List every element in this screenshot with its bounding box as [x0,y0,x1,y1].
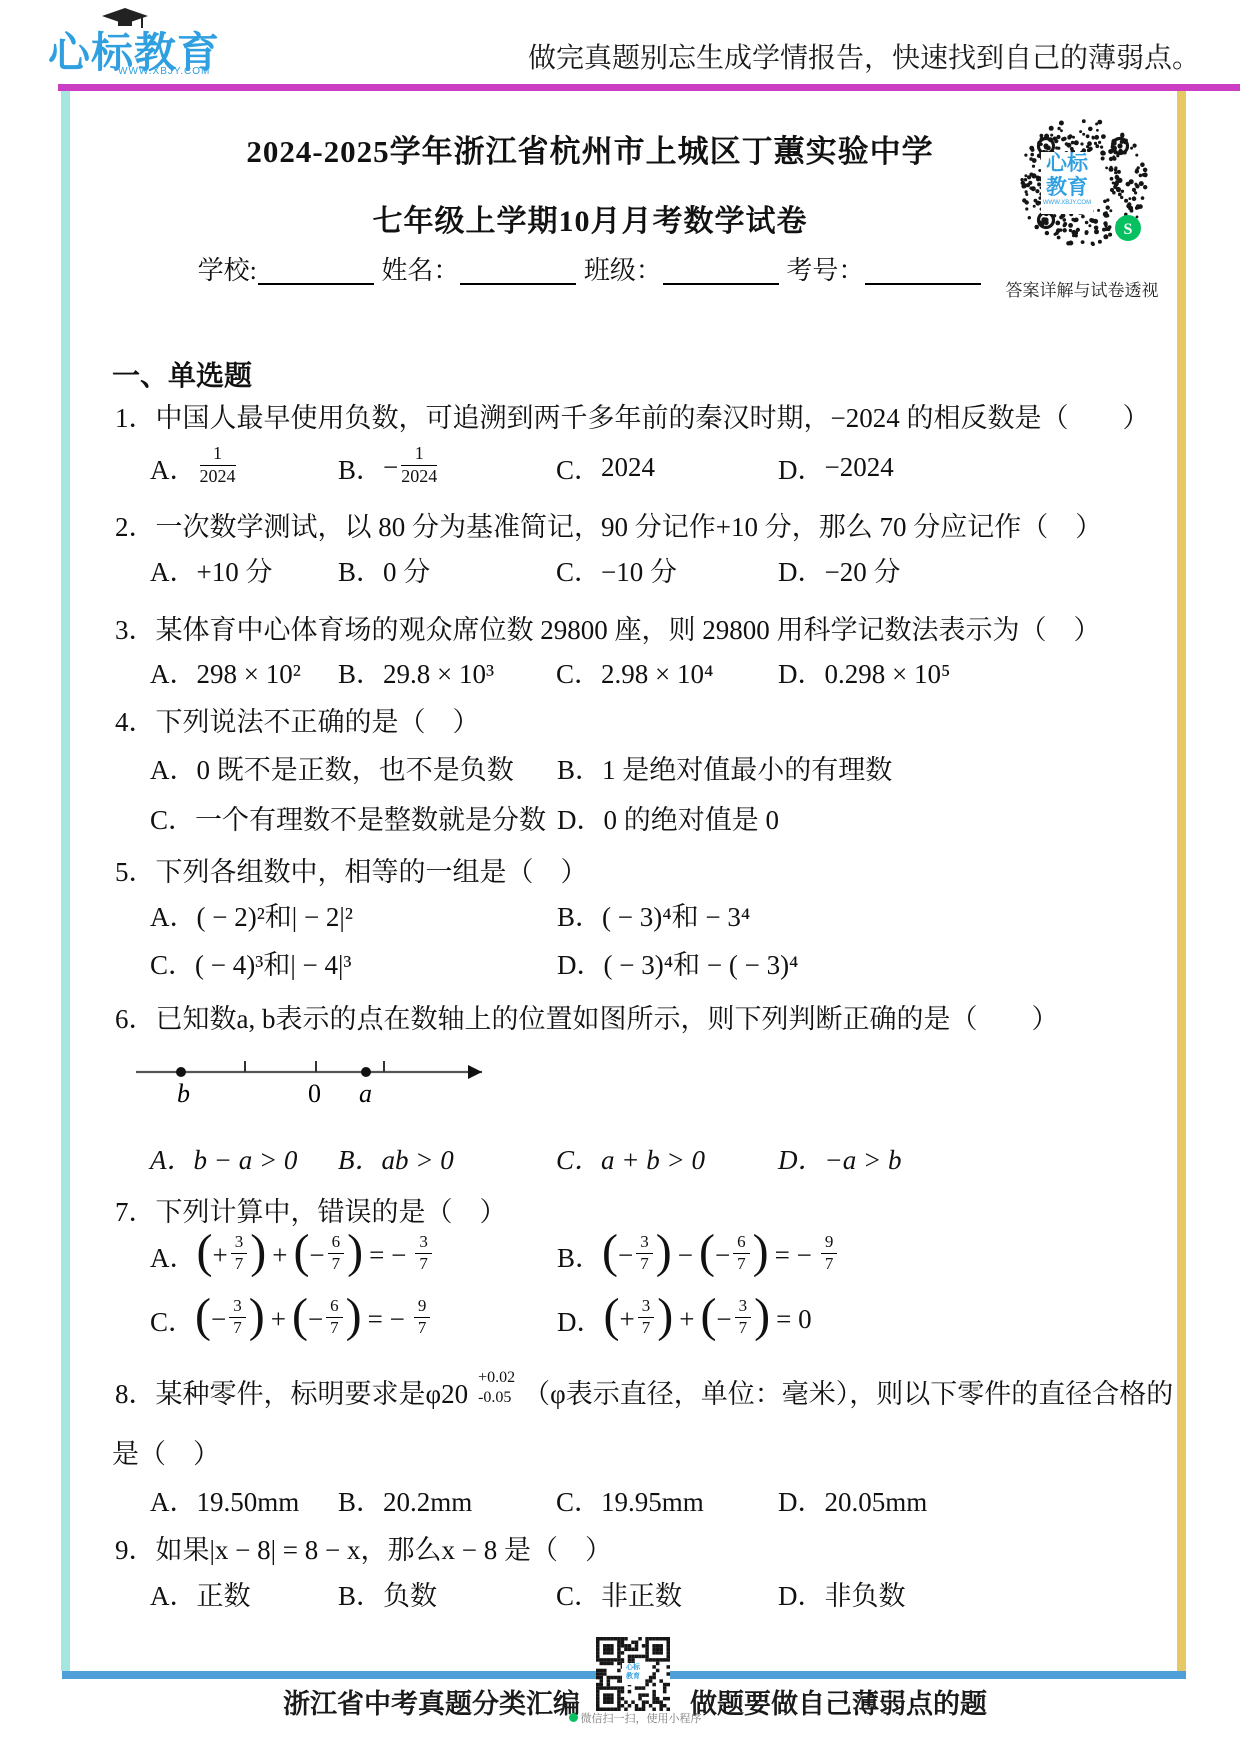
question-9-option-b: B．负数 [338,1576,437,1610]
sign: + [212,1240,227,1271]
operator: + [271,1304,286,1335]
field-examno-blank [865,259,981,285]
field-examno-label: 考号： [786,256,864,285]
question-4-option-c: C．一个有理数不是整数就是分数 [150,800,546,834]
question-6-option-d: D．−a > b [778,1140,901,1174]
operator: + [679,1304,694,1335]
qr-logo-line2: 教育 [622,1672,644,1681]
question-1-stem: 1．中国人最早使用负数，可追溯到两千多年前的秦汉时期，−2024 的相反数是（ … [115,396,1149,435]
field-class-blank [663,259,779,285]
question-2-option-c: C．−10 分 [556,552,677,586]
footer-qr-caption: 微信扫一扫，使用小程序 [540,1710,730,1726]
footer-qr-caption-text: 微信扫一扫，使用小程序 [581,1713,702,1725]
fraction: 12024 [200,444,236,486]
sign: − [618,1240,633,1271]
option-label: C． [150,1300,195,1339]
question-3-stem: 3．某体育中心体育场的观众席位数 29800 座，则 29800 用科学记数法表… [115,608,1101,647]
point-a-dot [361,1067,371,1077]
point-b-dot [176,1067,186,1077]
question-9-stem: 9．如果|x − 8| = 8 − x，那么x − 8 是（ ） [115,1528,612,1567]
page-border-left [61,91,70,1671]
tolerance-lower: -0.05 [478,1388,515,1408]
graduation-cap-icon [102,8,148,30]
question-6-option-c: C．a + b > 0 [556,1140,705,1174]
page-border-right [1177,91,1186,1671]
exam-title: 2024-2025学年浙江省杭州市上城区丁蕙实验中学 [30,126,1150,171]
option-label: C． [556,448,601,487]
question-5-option-b: B．( − 3)⁴和 − 3⁴ [557,897,750,931]
question-5-option-c: C．( − 4)³和| − 4|³ [150,945,351,979]
question-1-option-d: D． −2024 [778,440,894,494]
equals: = − [368,1304,405,1335]
qr-logo-line1: 心标 [622,1663,644,1672]
option-label: A． [150,1236,197,1275]
question-8-stem: 8．某种零件，标明要求是φ20 +0.02 -0.05 （φ表示直径，单位：毫米… [115,1368,1173,1414]
question-6-option-a: A．b − a > 0 [150,1140,297,1174]
student-info-line: 学校: 姓名： 班级： 考号： [30,250,1150,287]
operator: − [678,1240,693,1271]
question-8-option-a: A．19.50mm [150,1482,299,1516]
footer-right-text: 做题要做自己薄弱点的题 [690,1682,987,1721]
field-name-blank [460,259,576,285]
question-7-stem: 7．下列计算中，错误的是（ ） [115,1190,507,1229]
question-1-options: A． 12024 B． − 12024 C． 2024 D． −2024 [115,440,1175,494]
question-6-stem: 6．已知数a, b表示的点在数轴上的位置如图所示，则下列判断正确的是（ ） [115,997,1058,1036]
question-4-options-row1: A．0 既不是正数，也不是负数 B．1 是绝对值最小的有理数 [115,750,1175,784]
question-7-option-d: D． (+37) + (−37) = 0 [557,1292,818,1346]
operator: + [272,1240,287,1271]
option-value: −2024 [825,452,894,483]
question-4-option-b: B．1 是绝对值最小的有理数 [557,750,892,784]
option-label: D． [778,448,825,487]
question-5-options-row2: C．( − 4)³和| − 4|³ D．( − 3)⁴和 − ( − 3)⁴ [115,945,1175,979]
question-2-options: A．+10 分 B．0 分 C．−10 分 D．−20 分 [115,552,1175,586]
tolerance-upper: +0.02 [478,1368,515,1388]
sign: − [715,1240,730,1271]
question-5-options-row1: A．( − 2)²和| − 2|² B．( − 3)⁴和 − 3⁴ [115,897,1175,931]
wechat-icon [569,1713,578,1722]
label-zero: 0 [308,1079,321,1108]
question-3-options: A．298 × 10² B．29.8 × 10³ C．2.98 × 10⁴ D．… [115,654,1175,688]
stem-text-post: （φ表示直径，单位：毫米），则以下零件的直径合格的 [523,1372,1173,1411]
option-label: D． [557,1300,604,1339]
question-7-option-b: B． (−37) − (−67) = − 97 [557,1228,840,1282]
question-3-option-c: C．2.98 × 10⁴ [556,654,713,688]
minus-sign: − [383,452,398,483]
question-4-options-row2: C．一个有理数不是整数就是分数 D．0 的绝对值是 0 [115,800,1175,834]
fraction-numerator: 1 [401,444,437,465]
question-2-option-b: B．0 分 [338,552,430,586]
question-5-option-a: A．( − 2)²和| − 2|² [150,897,353,931]
option-value: 2024 [601,452,655,483]
question-3-option-a: A．298 × 10² [150,654,301,688]
brand-url: WWW.XBJY.COM [118,66,210,77]
label-b: b [177,1079,190,1108]
question-2-option-a: A．+10 分 [150,552,272,586]
question-5-stem: 5．下列各组数中，相等的一组是（ ） [115,850,588,889]
option-label: B． [557,1236,602,1275]
question-6-option-b: B．ab > 0 [338,1140,454,1174]
sign: + [619,1304,634,1335]
option-label: A． [150,448,197,487]
equals: = − [775,1240,812,1271]
question-2-option-d: D．−20 分 [778,552,900,586]
magenta-divider [58,84,1240,91]
exam-paper-page: { "header": { "logo_text": "心标教育", "logo… [0,0,1240,1754]
sign: − [308,1304,323,1335]
answer-qr-caption: 答案详解与试卷透视 [998,276,1166,301]
question-8-option-c: C．19.95mm [556,1482,704,1516]
qr-center-logo: 心标 教育 WWW.XBJY.COM [1041,152,1093,214]
question-8-stem-line2: 是（ ） [112,1432,220,1471]
arrowhead [468,1065,482,1079]
question-6-options: A．b − a > 0 B．ab > 0 C．a + b > 0 D．−a > … [115,1140,1175,1174]
question-9-options: A．正数 B．负数 C．非正数 D．非负数 [115,1576,1175,1610]
qr-logo-line2: 教育 [1041,176,1093,200]
footer-qr-center-logo: 心标 教育 [622,1663,644,1685]
question-7-options-row2: C． (−37) + (−67) = − 97 D． (+37) + (−37)… [115,1292,1175,1346]
number-line-figure: b 0 a [130,1046,502,1110]
question-5-option-d: D．( − 3)⁴和 − ( − 3)⁴ [557,945,798,979]
question-3-option-d: D．0.298 × 10⁵ [778,654,950,688]
fraction-numerator: 1 [200,444,236,465]
question-1-option-b: B． − 12024 [338,440,440,494]
fraction-denominator: 2024 [401,466,437,486]
tolerance-stack: +0.02 -0.05 [478,1368,515,1408]
field-class-label: 班级： [584,256,662,285]
question-8-option-b: B．20.2mm [338,1482,472,1516]
field-school-blank [258,259,374,285]
sign: − [211,1304,226,1335]
question-7-options-row1: A． (+37) + (−67) = − 37 B． (−37) − (−67)… [115,1228,1175,1282]
question-2-stem: 2．一次数学测试，以 80 分为基准简记，90 分记作+10 分，那么 70 分… [115,505,1102,544]
question-9-option-a: A．正数 [150,1576,251,1610]
qr-logo-url: WWW.XBJY.COM [1041,200,1093,207]
question-1-option-c: C． 2024 [556,440,655,494]
qr-logo-line1: 心标 [1041,152,1093,176]
sign: − [309,1240,324,1271]
fraction: 12024 [401,444,437,486]
question-4-option-d: D．0 的绝对值是 0 [557,800,779,834]
svg-text:S: S [1124,221,1133,238]
question-8-options: A．19.50mm B．20.2mm C．19.95mm D．20.05mm [115,1482,1175,1516]
equals: = − [369,1240,406,1271]
question-4-stem: 4．下列说法不正确的是（ ） [115,700,480,739]
footer-left-text: 浙江省中考真题分类汇编 [283,1682,580,1721]
question-3-option-b: B．29.8 × 10³ [338,654,494,688]
question-4-option-a: A．0 既不是正数，也不是负数 [150,750,514,784]
equals: = 0 [776,1304,811,1335]
option-label: B． [338,448,383,487]
stem-text-pre: 8．某种零件，标明要求是φ20 [115,1372,468,1411]
section-heading: 一、单选题 [112,354,252,394]
header-slogan: 做完真题别忘生成学情报告，快速找到自己的薄弱点。 [470,36,1200,76]
question-7-option-c: C． (−37) + (−67) = − 97 [150,1292,433,1346]
sign: − [716,1304,731,1335]
question-8-option-d: D．20.05mm [778,1482,927,1516]
label-a: a [359,1079,372,1108]
question-1-option-a: A． 12024 [150,440,239,494]
question-9-option-c: C．非正数 [556,1576,682,1610]
exam-subtitle: 七年级上学期10月月考数学试卷 [30,196,1150,240]
field-name-label: 姓名： [381,256,459,285]
fraction-denominator: 2024 [200,466,236,486]
question-9-option-d: D．非负数 [778,1576,906,1610]
question-7-option-a: A． (+37) + (−67) = − 37 [150,1228,435,1282]
field-school-label: 学校: [198,256,257,285]
